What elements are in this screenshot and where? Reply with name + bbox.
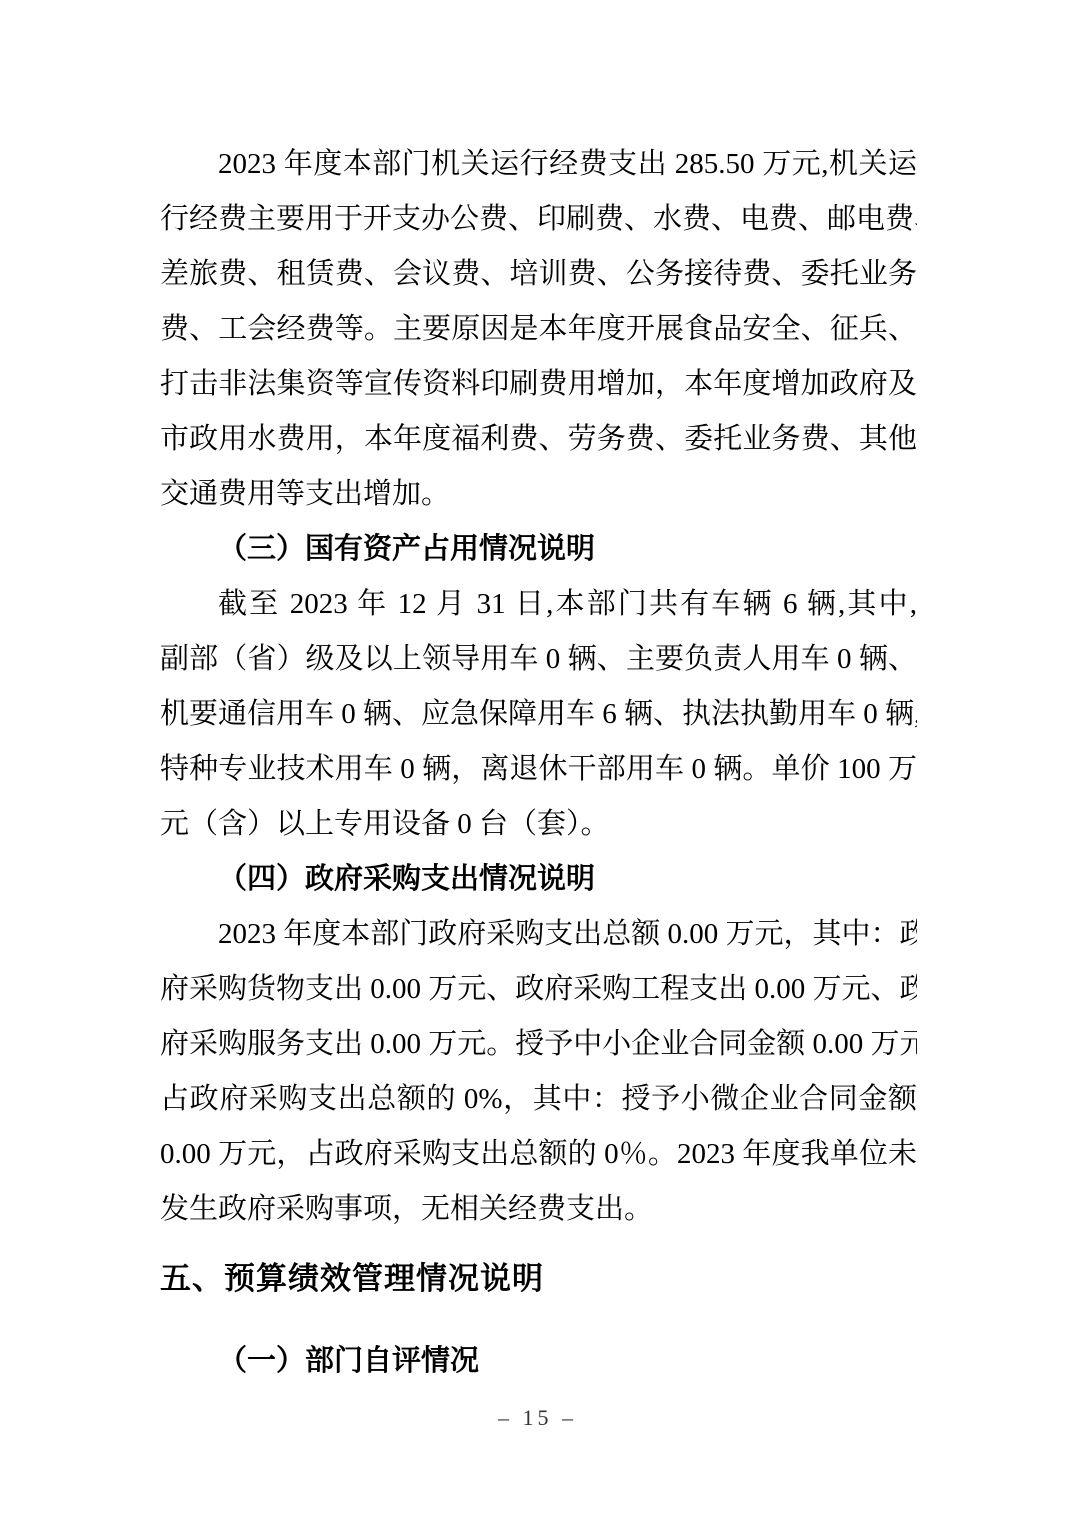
para-state-assets-vehicles-line-5: 元（含）以上专用设备 0 台（套）。	[160, 797, 917, 852]
para-agency-operating-expenses-line-1: 2023 年度本部门机关运行经费支出 285.50 万元,机关运	[160, 137, 917, 192]
para-gov-procurement-details: 2023 年度本部门政府采购支出总额 0.00 万元，其中：政府采购货物支出 0…	[160, 907, 917, 1237]
para-state-assets-vehicles: 截至 2023 年 12 月 31 日,本部门共有车辆 6 辆,其中,副部（省）…	[160, 577, 917, 852]
page-number: – 15 –	[0, 1405, 1075, 1431]
heading-state-assets-usage: （三）国有资产占用情况说明	[160, 522, 917, 577]
para-state-assets-vehicles-line-4: 特种专业技术用车 0 辆，离退休干部用车 0 辆。单价 100 万	[160, 742, 917, 797]
para-agency-operating-expenses-line-7: 交通费用等支出增加。	[160, 467, 917, 522]
para-agency-operating-expenses-line-3: 差旅费、租赁费、会议费、培训费、公务接待费、委托业务	[160, 247, 917, 302]
para-state-assets-vehicles-line-3: 机要通信用车 0 辆、应急保障用车 6 辆、执法执勤用车 0 辆,	[160, 687, 917, 742]
para-agency-operating-expenses-line-2: 行经费主要用于开支办公费、印刷费、水费、电费、邮电费、	[160, 192, 917, 247]
para-gov-procurement-details-line-6: 发生政府采购事项，无相关经费支出。	[160, 1182, 917, 1237]
heading-gov-procurement: （四）政府采购支出情况说明	[160, 852, 917, 907]
heading-department-self-evaluation: （一）部门自评情况	[160, 1334, 917, 1389]
document-content: 2023 年度本部门机关运行经费支出 285.50 万元,机关运行经费主要用于开…	[160, 137, 917, 1389]
para-gov-procurement-details-line-5: 0.00 万元，占政府采购支出总额的 0％。2023 年度我单位未	[160, 1127, 917, 1182]
para-state-assets-vehicles-line-2: 副部（省）级及以上领导用车 0 辆、主要负责人用车 0 辆、	[160, 632, 917, 687]
document-page: 2023 年度本部门机关运行经费支出 285.50 万元,机关运行经费主要用于开…	[0, 0, 1075, 1520]
para-agency-operating-expenses-line-6: 市政用水费用，本年度福利费、劳务费、委托业务费、其他	[160, 412, 917, 467]
para-gov-procurement-details-line-4: 占政府采购支出总额的 0%，其中：授予小微企业合同金额	[160, 1072, 917, 1127]
para-gov-procurement-details-line-1: 2023 年度本部门政府采购支出总额 0.00 万元，其中：政	[160, 907, 917, 962]
heading-budget-performance-management: 五、预算绩效管理情况说明	[160, 1251, 917, 1306]
para-agency-operating-expenses-line-4: 费、工会经费等。主要原因是本年度开展食品安全、征兵、	[160, 302, 917, 357]
para-agency-operating-expenses: 2023 年度本部门机关运行经费支出 285.50 万元,机关运行经费主要用于开…	[160, 137, 917, 522]
para-gov-procurement-details-line-2: 府采购货物支出 0.00 万元、政府采购工程支出 0.00 万元、政	[160, 962, 917, 1017]
para-state-assets-vehicles-line-1: 截至 2023 年 12 月 31 日,本部门共有车辆 6 辆,其中,	[160, 577, 917, 632]
para-agency-operating-expenses-line-5: 打击非法集资等宣传资料印刷费用增加，本年度增加政府及	[160, 357, 917, 412]
para-gov-procurement-details-line-3: 府采购服务支出 0.00 万元。授予中小企业合同金额 0.00 万元，	[160, 1017, 917, 1072]
